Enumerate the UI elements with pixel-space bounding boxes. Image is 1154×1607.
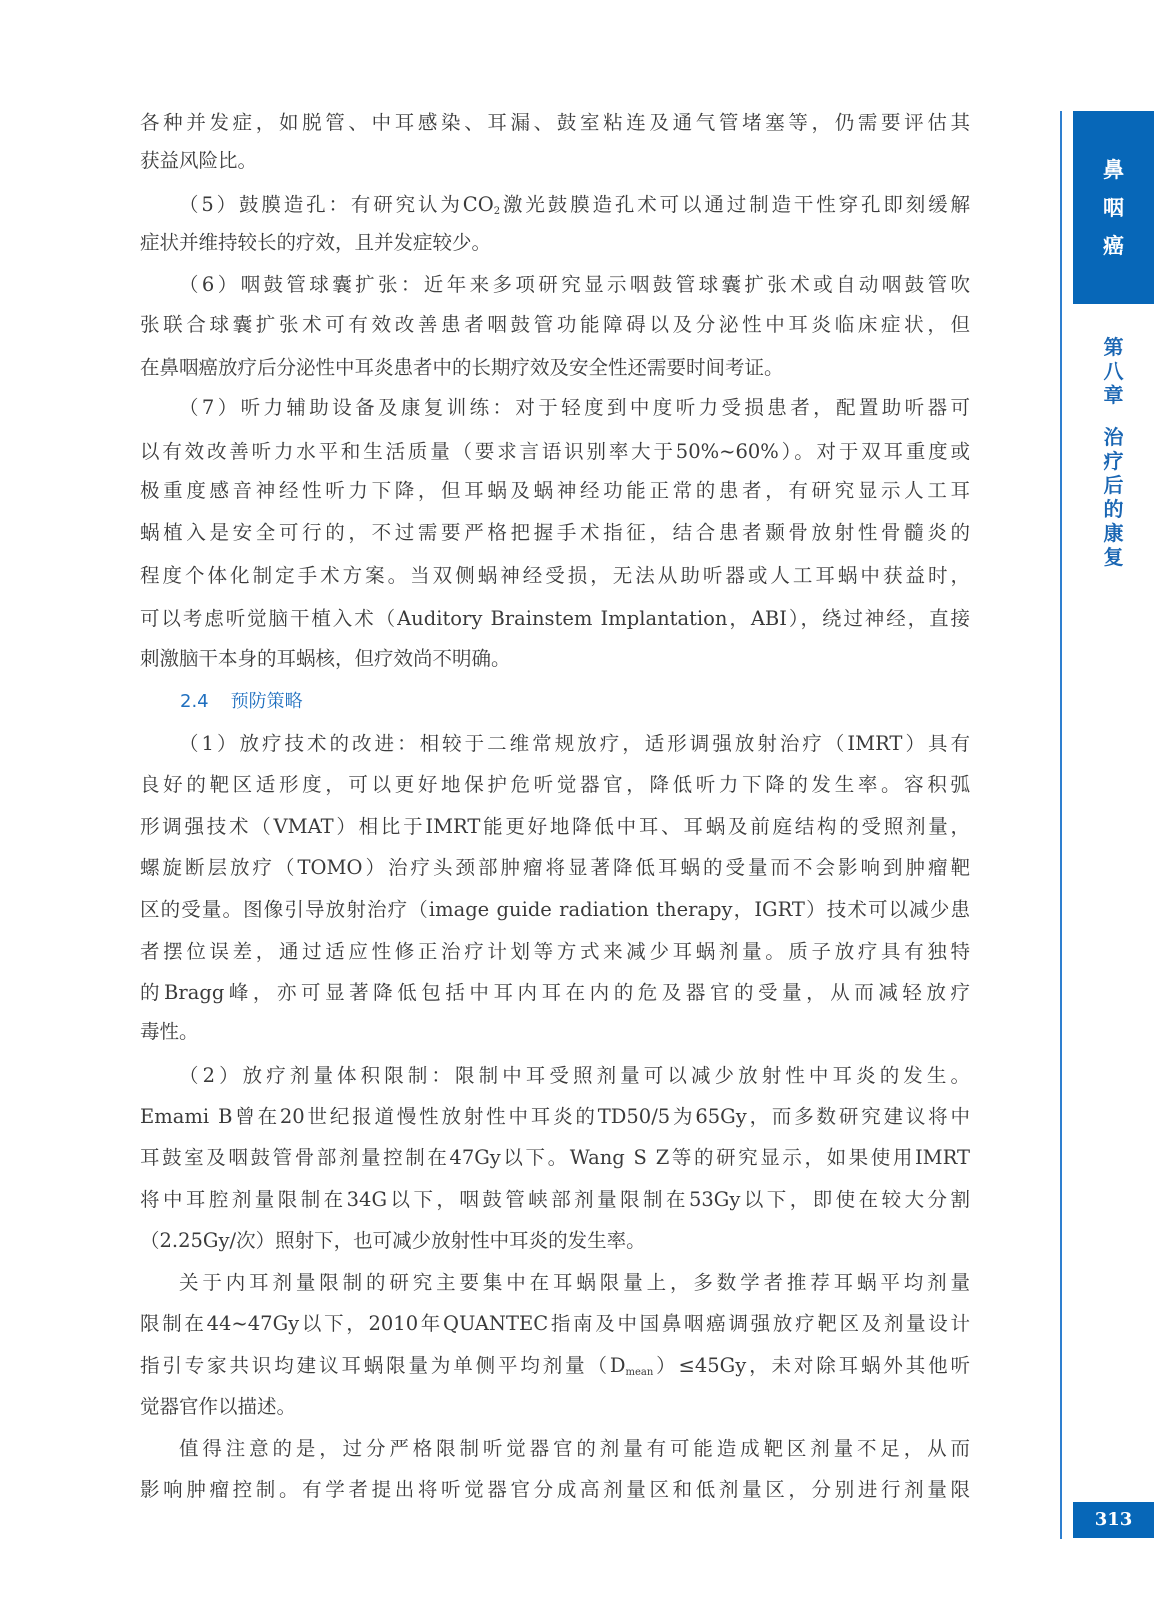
section-title: 预防策略 [231,691,303,712]
text-line: 影响肿瘤控制。有学者提出将听觉器官分成高剂量区和低剂量区，分别进行剂量限 [140,1475,970,1505]
text-line: 螺旋断层放疗（TOMO）治疗头颈部肿瘤将显著降低耳蜗的受量而不会影响到肿瘤靶 [140,853,970,883]
chapter-char: 章 [1073,383,1154,407]
text-line: 获益风险比。 [140,146,970,176]
book-title-char: 癌 [1073,227,1154,265]
chapter-gap [1073,407,1154,425]
text-segment: 激光鼓膜造孔术可以通过制造干性穿孔即刻缓解 [500,193,970,216]
text-line: （7）听力辅助设备及康复训练：对于轻度到中度听力受损患者，配置助听器可 [140,393,970,423]
text-line: （2）放疗剂量体积限制：限制中耳受照剂量可以减少放射性中耳炎的发生。 [140,1061,970,1091]
text-line: 形调强技术（VMAT）相比于IMRT能更好地降低中耳、耳蜗及前庭结构的受照剂量， [140,812,970,842]
text-segment: ）≤45Gy，未对除耳蜗外其他听 [653,1354,970,1377]
text-line: 区的受量。图像引导放射治疗（image guide radiation ther… [140,895,970,925]
text-line: 耳鼓室及咽鼓管骨部剂量控制在47Gy以下。Wang S Z等的研究显示，如果使用… [140,1143,970,1173]
chapter-char: 第 [1073,335,1154,359]
chapter-char: 治 [1073,425,1154,449]
text-line: 症状并维持较长的疗效，且并发症较少。 [140,228,970,258]
text-line: 以有效改善听力水平和生活质量（要求言语识别率大于50%~60%）。对于双耳重度或 [140,437,970,467]
chapter-char: 康 [1073,521,1154,545]
text-line: 值得注意的是，过分严格限制听觉器官的剂量有可能造成靶区剂量不足，从而 [140,1434,970,1464]
text-line: （2.25Gy/次）照射下，也可减少放射性中耳炎的发生率。 [140,1226,970,1256]
text-line-dmean: 指引专家共识均建议耳蜗限量为单侧平均剂量（Dmean）≤45Gy，未对除耳蜗外其… [140,1351,970,1381]
text-line: 毒性。 [140,1017,970,1047]
text-line-co2: （5）鼓膜造孔：有研究认为CO2激光鼓膜造孔术可以通过制造干性穿孔即刻缓解 [140,190,970,220]
text-line: 蜗植入是安全可行的，不过需要严格把握手术指征，结合患者颞骨放射性骨髓炎的 [140,518,970,548]
text-segment: 指引专家共识均建议耳蜗限量为单侧平均剂量（D [140,1354,625,1377]
text-line: （1）放疗技术的改进：相较于二维常规放疗，适形调强放射治疗（IMRT）具有 [140,729,970,759]
text-line: 程度个体化制定手术方案。当双侧蜗神经受损，无法从助听器或人工耳蜗中获益时， [140,561,970,591]
text-line: 的Bragg峰，亦可显著降低包括中耳内耳在内的危及器官的受量，从而减轻放疗 [140,978,970,1008]
book-title-char: 鼻 [1073,151,1154,189]
chapter-char: 后 [1073,473,1154,497]
text-line: 刺激脑干本身的耳蜗核，但疗效尚不明确。 [140,644,970,674]
text-line: 将中耳腔剂量限制在34G以下，咽鼓管峡部剂量限制在53Gy以下，即使在较大分割 [140,1185,970,1215]
text-line: 限制在44~47Gy以下，2010年QUANTEC指南及中国鼻咽癌调强放疗靶区及… [140,1309,970,1339]
text-line: 各种并发症，如脱管、中耳感染、耳漏、鼓室粘连及通气管堵塞等，仍需要评估其 [140,108,970,138]
chapter-title: 第 八 章 治 疗 后 的 康 复 [1073,335,1154,569]
text-line: 者摆位误差，通过适应性修正治疗计划等方式来减少耳蜗剂量。质子放疗具有独特 [140,937,970,967]
page-number: 313 [1073,1502,1154,1538]
book-title-char: 咽 [1073,189,1154,227]
subscript: mean [625,1367,653,1378]
text-line: 觉器官作以描述。 [140,1392,970,1422]
margin-rule [1060,111,1062,1539]
chapter-char: 的 [1073,497,1154,521]
text-line: 可以考虑听觉脑干植入术（Auditory Brainstem Implantat… [140,604,970,634]
text-line: 关于内耳剂量限制的研究主要集中在耳蜗限量上，多数学者推荐耳蜗平均剂量 [140,1268,970,1298]
chapter-char: 八 [1073,359,1154,383]
text-line: 极重度感音神经性听力下降，但耳蜗及蜗神经功能正常的患者，有研究显示人工耳 [140,476,970,506]
section-heading: 2.4预防策略 [180,687,303,717]
section-number: 2.4 [180,691,209,712]
chapter-char: 疗 [1073,449,1154,473]
book-title-tab: 鼻 咽 癌 [1073,111,1154,304]
text-line: 在鼻咽癌放疗后分泌性中耳炎患者中的长期疗效及安全性还需要时间考证。 [140,353,970,383]
chapter-char: 复 [1073,545,1154,569]
text-segment: （5）鼓膜造孔：有研究认为CO [179,193,494,216]
text-line: Emami B曾在20世纪报道慢性放射性中耳炎的TD50/5为65Gy，而多数研… [140,1102,970,1132]
text-line: 张联合球囊扩张术可有效改善患者咽鼓管功能障碍以及分泌性中耳炎临床症状，但 [140,310,970,340]
text-line: 良好的靶区适形度，可以更好地保护危听觉器官，降低听力下降的发生率。容积弧 [140,770,970,800]
text-line: （6）咽鼓管球囊扩张：近年来多项研究显示咽鼓管球囊扩张术或自动咽鼓管吹 [140,270,970,300]
book-page: 各种并发症，如脱管、中耳感染、耳漏、鼓室粘连及通气管堵塞等，仍需要评估其 获益风… [0,0,1154,1607]
